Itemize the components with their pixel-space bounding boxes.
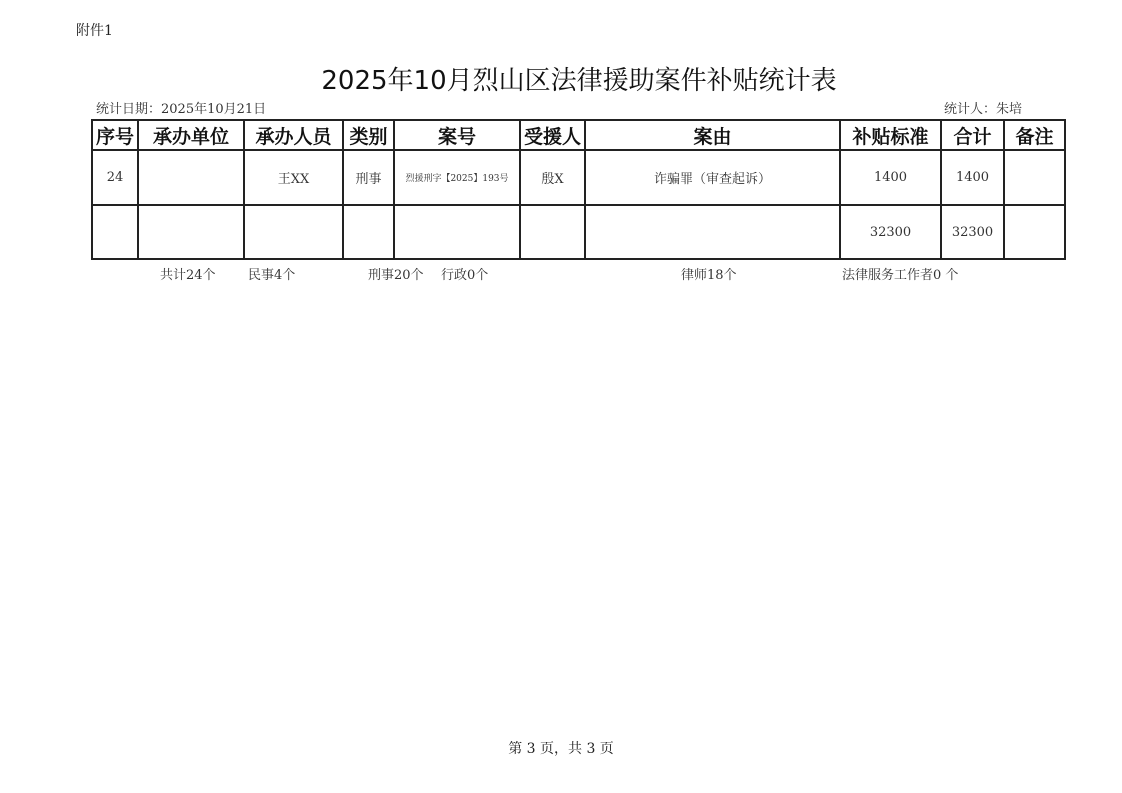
table-header-row: 序号 承办单位 承办人员 类别 案号 受援人 案由 补贴标准 合计 备注 xyxy=(92,120,1065,150)
cell-unit xyxy=(138,150,244,205)
cell-recipient xyxy=(520,205,585,259)
cell-unit xyxy=(138,205,244,259)
cell-cause: 诈骗罪（审查起诉） xyxy=(585,150,840,205)
cell-case-no xyxy=(394,205,520,259)
page-title: 2025年10月烈山区法律援助案件补贴统计表 xyxy=(0,60,1122,97)
summary-lawyers: 律师18个 xyxy=(681,264,737,283)
table-row-totals: 32300 32300 xyxy=(92,205,1065,259)
header-seq: 序号 xyxy=(92,120,138,150)
header-remark: 备注 xyxy=(1004,120,1065,150)
subsidy-table: 序号 承办单位 承办人员 类别 案号 受援人 案由 补贴标准 合计 备注 24 … xyxy=(91,119,1066,260)
cell-category xyxy=(343,205,394,259)
header-total: 合计 xyxy=(941,120,1004,150)
statistician: 统计人：朱培 xyxy=(944,98,1022,117)
attachment-label: 附件1 xyxy=(76,20,113,40)
header-category: 类别 xyxy=(343,120,394,150)
header-standard: 补贴标准 xyxy=(840,120,941,150)
statistics-date: 统计日期：2025年10月21日 xyxy=(96,98,266,117)
cell-category: 刑事 xyxy=(343,150,394,205)
cell-seq: 24 xyxy=(92,150,138,205)
page-number: 第 3 页，共 3 页 xyxy=(0,738,1122,758)
summary-criminal: 刑事20个 xyxy=(368,264,424,283)
cell-handler xyxy=(244,205,343,259)
header-unit: 承办单位 xyxy=(138,120,244,150)
cell-standard-sum: 32300 xyxy=(840,205,941,259)
table-row: 24 王XX 刑事 烈援刑字【2025】193号 殷X 诈骗罪（审查起诉） 14… xyxy=(92,150,1065,205)
summary-administrative: 行政0个 xyxy=(441,264,488,283)
cell-total: 1400 xyxy=(941,150,1004,205)
cell-recipient: 殷X xyxy=(520,150,585,205)
cell-total-sum: 32300 xyxy=(941,205,1004,259)
cell-seq xyxy=(92,205,138,259)
header-case-no: 案号 xyxy=(394,120,520,150)
summary-civil: 民事4个 xyxy=(248,264,295,283)
summary-total: 共计24个 xyxy=(160,264,216,283)
cell-case-no: 烈援刑字【2025】193号 xyxy=(394,150,520,205)
header-recipient: 受援人 xyxy=(520,120,585,150)
cell-handler: 王XX xyxy=(244,150,343,205)
cell-standard: 1400 xyxy=(840,150,941,205)
header-handler: 承办人员 xyxy=(244,120,343,150)
cell-remark xyxy=(1004,205,1065,259)
cell-remark xyxy=(1004,150,1065,205)
summary-legal-workers: 法律服务工作者0 个 xyxy=(842,264,958,283)
cell-cause xyxy=(585,205,840,259)
header-cause: 案由 xyxy=(585,120,840,150)
